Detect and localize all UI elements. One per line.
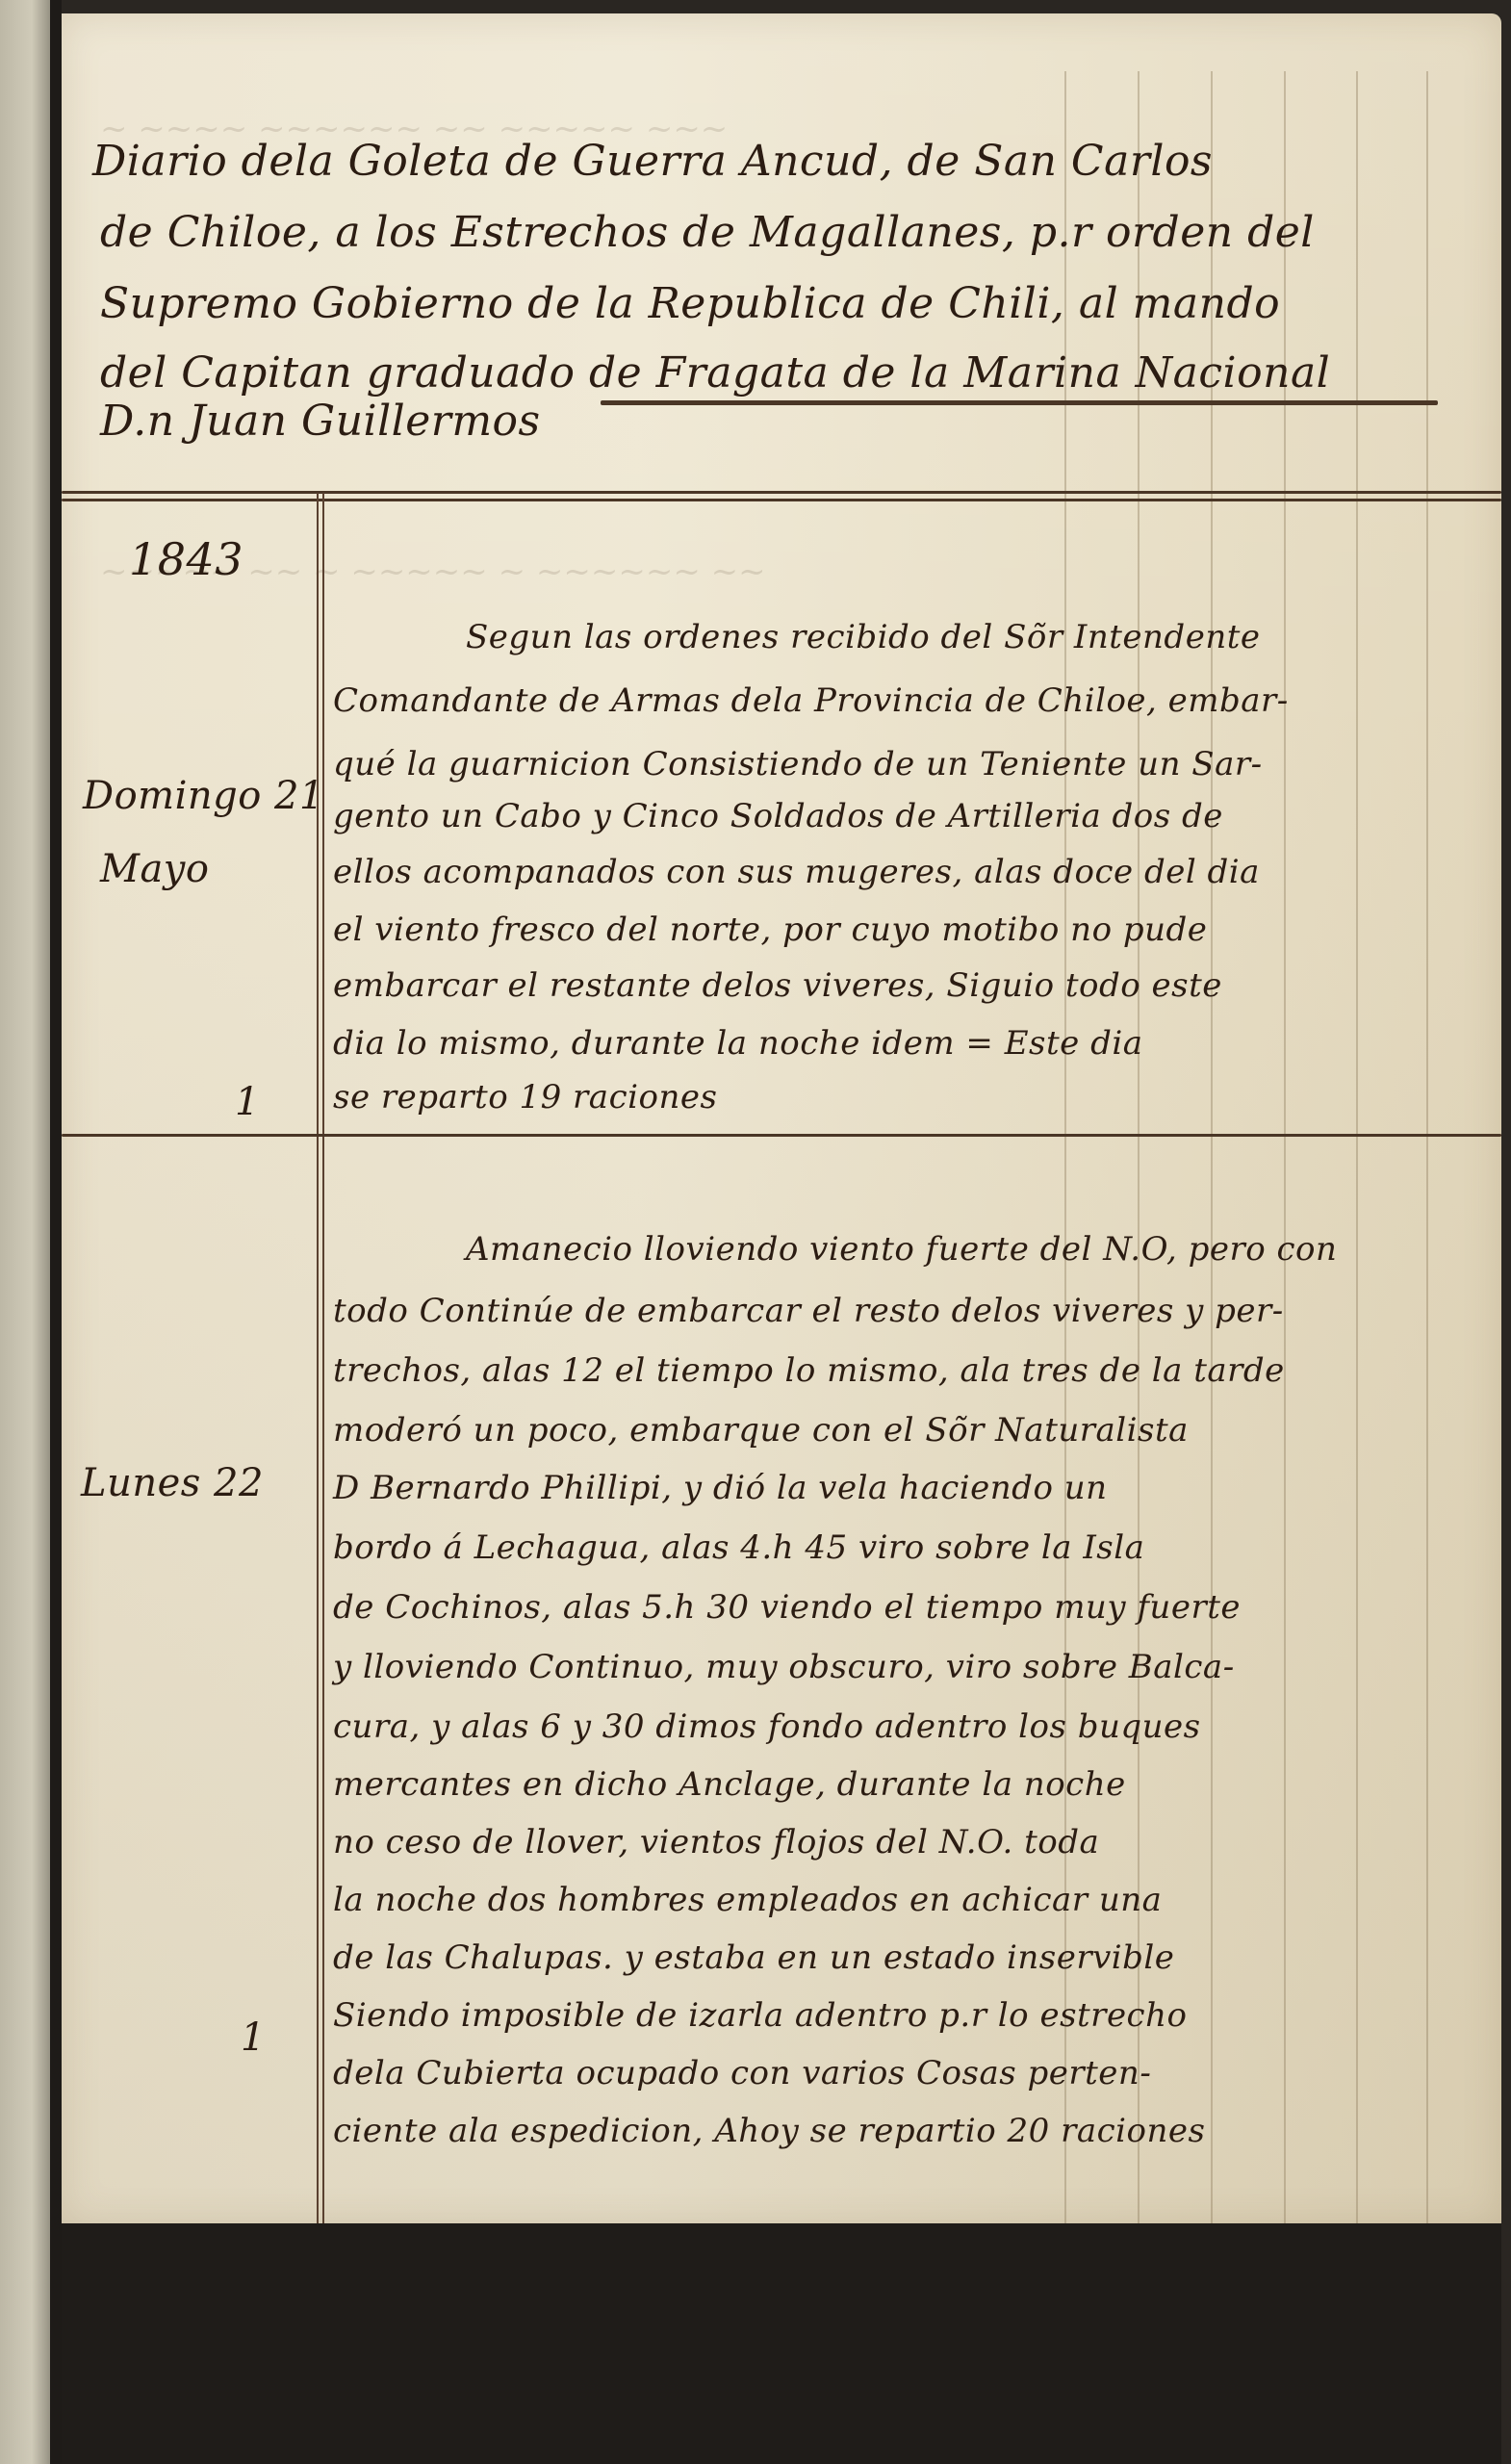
facing-page-edge bbox=[0, 0, 53, 2464]
entry-line: el viento fresco del norte, por cuyo mot… bbox=[333, 911, 1207, 949]
entry-line: Comandante de Armas dela Provincia de Ch… bbox=[333, 681, 1289, 720]
entry-line: qué la guarnicion Consistiendo de un Ten… bbox=[333, 745, 1263, 783]
entry-line: embarcar el restante delos viveres, Sigu… bbox=[333, 966, 1222, 1005]
entry-date-day: Lunes 22 bbox=[81, 1461, 264, 1505]
entry-line: moderó un poco, embarque con el Sõr Natu… bbox=[333, 1411, 1189, 1450]
entry-line: se reparto 19 raciones bbox=[333, 1078, 717, 1116]
ledger-column-rule bbox=[1426, 71, 1428, 2225]
entry-tally: 1 bbox=[235, 1080, 260, 1124]
title-line: Diario dela Goleta de Guerra Ancud, de S… bbox=[92, 137, 1213, 186]
entry-line: no ceso de llover, vientos flojos del N.… bbox=[333, 1823, 1099, 1861]
title-underline-rule bbox=[601, 400, 1438, 405]
date-column-rule bbox=[322, 493, 324, 2225]
entry-line: Siendo imposible de izarla adentro p.r l… bbox=[333, 1996, 1187, 2035]
date-column-rule bbox=[317, 493, 319, 2225]
entry-line: ciente ala espedicion, Ahoy se repartio … bbox=[333, 2112, 1205, 2150]
entry-line: dela Cubierta ocupado con varios Cosas p… bbox=[333, 2054, 1151, 2092]
entry-line: trechos, alas 12 el tiempo lo mismo, ala… bbox=[333, 1351, 1285, 1390]
entry-line: Amanecio lloviendo viento fuerte del N.O… bbox=[466, 1230, 1337, 1269]
entry-separator-rule bbox=[62, 1134, 1501, 1137]
entry-line: de Cochinos, alas 5.h 30 viendo el tiemp… bbox=[333, 1588, 1241, 1627]
title-line: de Chiloe, a los Estrechos de Magallanes… bbox=[100, 208, 1315, 257]
entry-tally: 1 bbox=[241, 2015, 266, 2060]
entry-line: Segun las ordenes recibido del Sõr Inten… bbox=[466, 618, 1261, 656]
entry-line: D Bernardo Phillipi, y dió la vela hacie… bbox=[333, 1469, 1108, 1507]
manuscript-scan: ~ ~~~~ ~~~~~~ ~~ ~~~~~ ~~~ ~~~~~ ~~ ~ ~~… bbox=[0, 0, 1511, 2464]
year-label: 1843 bbox=[129, 533, 243, 585]
entry-line: todo Continúe de embarcar el resto delos… bbox=[333, 1292, 1284, 1330]
book-gutter bbox=[50, 0, 62, 2464]
entry-line: y lloviendo Continuo, muy obscuro, viro … bbox=[333, 1648, 1235, 1686]
title-line: Supremo Gobierno de la Republica de Chil… bbox=[100, 279, 1280, 328]
entry-line: ellos acompanados con sus mugeres, alas … bbox=[333, 853, 1260, 891]
entry-line: de las Chalupas. y estaba en un estado i… bbox=[333, 1938, 1174, 1977]
header-double-rule-top bbox=[62, 491, 1501, 494]
entry-line: mercantes en dicho Anclage, durante la n… bbox=[333, 1765, 1126, 1804]
entry-line: bordo á Lechagua, alas 4.h 45 viro sobre… bbox=[333, 1528, 1144, 1567]
ledger-column-rule bbox=[1356, 71, 1358, 2225]
entry-line: dia lo mismo, durante la noche idem = Es… bbox=[333, 1024, 1143, 1063]
entry-line: gento un Cabo y Cinco Soldados de Artill… bbox=[333, 797, 1223, 835]
header-double-rule-bottom bbox=[62, 499, 1501, 501]
entry-date-month: Mayo bbox=[100, 847, 209, 891]
entry-line: la noche dos hombres empleados en achica… bbox=[333, 1881, 1162, 1919]
title-line: del Capitan graduado de Fragata de la Ma… bbox=[100, 348, 1330, 398]
title-line-signature: D.n Juan Guillermos bbox=[100, 397, 541, 446]
log-page: ~ ~~~~ ~~~~~~ ~~ ~~~~~ ~~~ ~~~~~ ~~ ~ ~~… bbox=[62, 13, 1501, 2225]
entry-date-day: Domingo 21 bbox=[83, 774, 324, 818]
entry-line: cura, y alas 6 y 30 dimos fondo adentro … bbox=[333, 1707, 1201, 1746]
page-bottom-shadow bbox=[62, 2223, 1501, 2464]
